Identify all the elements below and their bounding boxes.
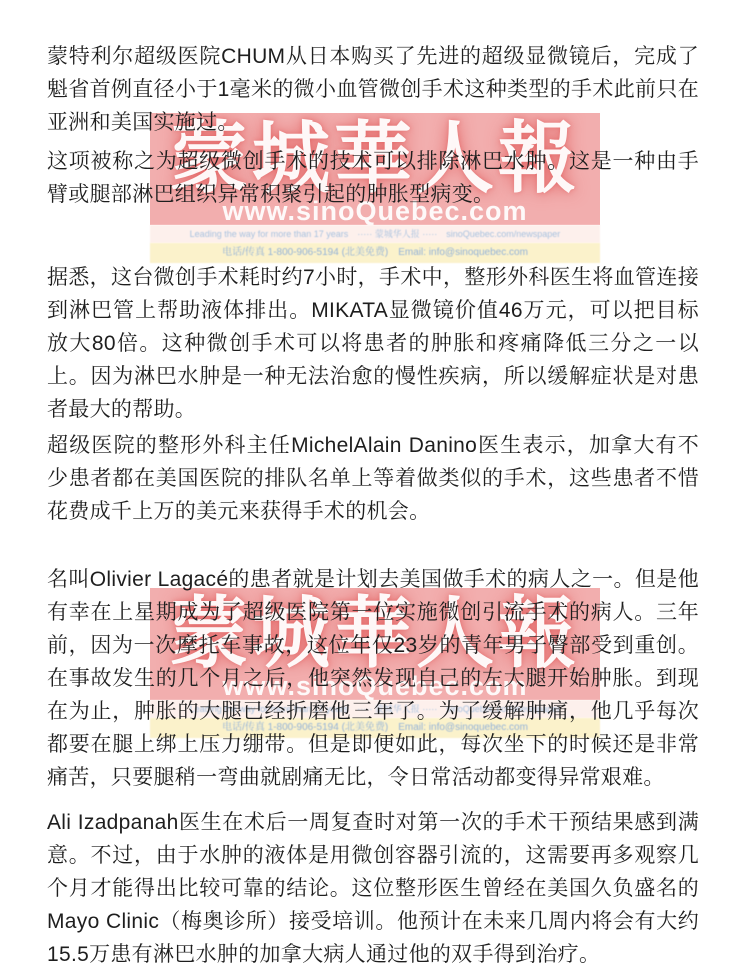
article-paragraph: 蒙特利尔超级医院CHUM从日本购买了先进的超级显微镜后，完成了魁省首例直径小于1… bbox=[47, 40, 699, 139]
article-paragraph: 超级医院的整形外科主任MichelAlain Danino医生表示，加拿大有不少… bbox=[47, 429, 699, 528]
article-paragraph: 这项被称之为超级微创手术的技术可以排除淋巴水肿。这是一种由手臂或腿部淋巴组织异常… bbox=[47, 145, 699, 211]
article-paragraph: 据悉，这台微创手术耗时约7小时，手术中，整形外科医生将血管连接到淋巴管上帮助液体… bbox=[47, 261, 699, 426]
watermark-contact: 电话/传真 1-800-906-5194 (北美免费) Email: info@… bbox=[150, 243, 600, 263]
watermark-tagline: Leading the way for more than 17 years ·… bbox=[150, 225, 600, 243]
article-page: 蒙城華人報 www.sinoQuebec.com Leading the way… bbox=[0, 0, 744, 966]
article-paragraph: 名叫Olivier Lagacé的患者就是计划去美国做手术的病人之一。但是他有幸… bbox=[47, 563, 699, 794]
article-paragraph: Ali Izadpanah医生在术后一周复查时对第一次的手术干预结果感到满意。不… bbox=[47, 806, 699, 966]
